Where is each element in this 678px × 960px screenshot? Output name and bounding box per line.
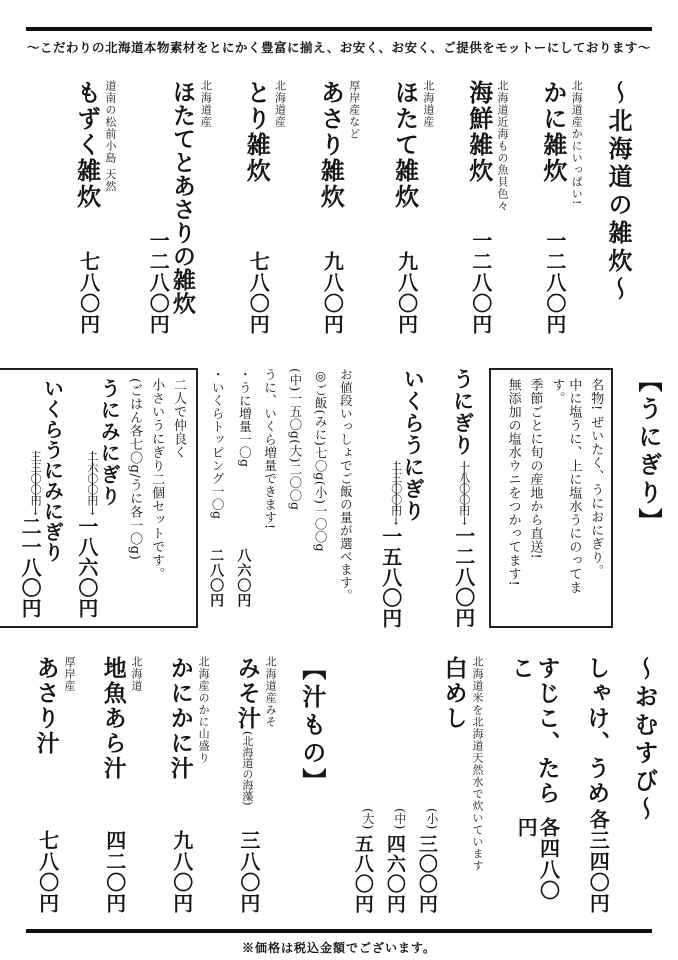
item-note: 北海道産 bbox=[198, 80, 212, 335]
item-note: 北海道近海もの魚貝色々 bbox=[495, 80, 509, 335]
section-omusubi-shirumono: 〜おむすび〜 しゃけ、うめ 各三四〇円 すじこ、たらこ 各四八〇円 北海道米を北… bbox=[9, 656, 658, 914]
item-name: 海鮮雑炊 bbox=[465, 80, 492, 184]
item-price: 七八〇円 bbox=[33, 830, 59, 914]
menu-item-unigiri: うにぎり 一八〇〇円→一二八〇円 bbox=[451, 368, 475, 628]
menu-item-kaisen-zosui: 北海道近海もの魚貝色々 海鮮雑炊 一二八〇円 bbox=[465, 80, 509, 335]
unigiri-title: 【うにぎり】 bbox=[633, 368, 662, 628]
size-price: 五八〇円 bbox=[350, 834, 377, 914]
item-price: 一二八〇円 bbox=[465, 230, 492, 335]
item-name: かにかに汁 bbox=[167, 656, 193, 781]
set-menu-box: 二人で仲良く 小さいうにぎり二個セットです。 (ごはん各七〇g/うに各一〇g) … bbox=[0, 368, 198, 628]
item-name: うにぎり bbox=[451, 368, 475, 456]
menu-page: { "banner": "〜こだわりの北海道本物素材をとにかく豊富に揃え、お安く… bbox=[0, 0, 678, 960]
unigiri-description-line: 中に塩うに、上に塩水うにのってます。 bbox=[548, 378, 582, 618]
menu-item-kanikani-jiru: 北海産のかに山盛り かにかに汁 九八〇円 bbox=[167, 656, 210, 914]
size-label: (大) bbox=[350, 808, 377, 829]
menu-item-asari-jiru: 厚岸産 あさり汁 七八〇円 bbox=[33, 656, 76, 914]
item-note: 北海道 bbox=[129, 656, 143, 914]
unigiri-description-box: 名物! ぜいたく、うにおにぎり。 中に塩うに、上に塩水うにのってます。 季節ごと… bbox=[489, 368, 613, 628]
item-name: 白めし bbox=[441, 656, 467, 731]
size-price: 三〇〇円 bbox=[414, 834, 441, 914]
item-price: 一二八〇円 bbox=[147, 230, 169, 335]
item-note: 北海道米を北海道天然水で炊いています bbox=[470, 656, 484, 914]
omusubi-title: 〜おむすび〜 bbox=[629, 656, 658, 914]
item-price: 一五八〇円 bbox=[379, 526, 401, 629]
item-name: うにみにぎり bbox=[98, 378, 120, 618]
footer-tax-note: ※価格は税込金額でございます。 bbox=[0, 939, 678, 956]
item-price: 一二八〇円 bbox=[539, 230, 566, 335]
addon-price: 八六〇円 bbox=[234, 548, 252, 628]
item-name: しゃけ、うめ bbox=[583, 656, 609, 806]
size-label: (中) bbox=[382, 808, 409, 829]
menu-item-jizakana-arajiru: 北海道 地魚あら汁 四二〇円 bbox=[100, 656, 143, 914]
item-note: 厚岸産など bbox=[346, 80, 360, 335]
unigiri-note: うに、いくら増量できます! bbox=[261, 368, 277, 628]
addon-uni-zoryo: ・うに増量一〇g 八六〇円 bbox=[234, 368, 252, 628]
menu-item-uni-minigiri: うにみにぎり 二六〇〇円→一八六〇円 bbox=[76, 378, 121, 618]
item-price: 一二八〇円 bbox=[452, 526, 476, 629]
unigiri-note: ◎ご飯(みに)七〇g(小)一〇〇g bbox=[312, 368, 328, 628]
item-subnote: (北海道の海藻) bbox=[241, 731, 254, 806]
item-name: ほたてとあさりの雑炊 bbox=[169, 80, 195, 335]
addon-ikura-topping: ・いくらトッピング一〇g 二八〇円 bbox=[207, 368, 225, 628]
shiromeshi-size-medium: (中) 四六〇円 bbox=[382, 656, 409, 914]
menu-item-shake-ume: しゃけ、うめ 各三四〇円 bbox=[583, 656, 609, 914]
item-old-price: 一八〇〇円 bbox=[458, 461, 471, 516]
unigiri-description-line: 無添加の塩水ウニをつかってます! bbox=[504, 378, 521, 618]
shirumono-title: 【汁もの】 bbox=[297, 656, 326, 914]
menu-item-mozuku-zosui: 道南の松前小島 天然 もずく雑炊 七八〇円 bbox=[73, 80, 117, 335]
set-description-line: 小さいうにぎり二個セットです。 bbox=[147, 378, 164, 618]
item-name: ほたて雑炊 bbox=[391, 80, 418, 210]
item-price: 各三四〇円 bbox=[583, 809, 609, 914]
item-name: もずく雑炊 bbox=[73, 80, 100, 210]
item-old-price: 二六〇〇円 bbox=[76, 451, 98, 506]
item-price: 各四八〇円 bbox=[508, 817, 560, 914]
item-note: 北海産のかに山盛り bbox=[196, 656, 210, 914]
banner-text: 〜こだわりの北海道本物素材をとにかく豊富に揃え、お安く、お安く、ご提供をモットー… bbox=[0, 38, 678, 56]
section-unigiri: 【うにぎり】 名物! ぜいたく、うにおにぎり。 中に塩うに、上に塩水うにのってま… bbox=[0, 368, 662, 628]
menu-item-asari-zosui: 厚岸産など あさり雑炊 九八〇円 bbox=[317, 80, 361, 335]
menu-item-ikura-uni-minigiri: いくらうにみにぎり 三三〇〇円→二一八〇円 bbox=[19, 378, 64, 618]
menu-item-tori-zosui: 北海道産 とり雑炊 七八〇円 bbox=[242, 80, 286, 335]
item-price: 四二〇円 bbox=[100, 830, 126, 914]
menu-item-hotate-asari-zosui: 北海道産 ほたてとあさりの雑炊 一二八〇円 bbox=[147, 80, 212, 335]
shiromeshi-size-small: (小) 三〇〇円 bbox=[414, 656, 441, 914]
item-price: 九八〇円 bbox=[317, 251, 344, 335]
item-old-price: 二三〇〇円 bbox=[379, 461, 401, 516]
set-description-line: 二人で仲良く bbox=[169, 378, 186, 618]
unigiri-description-line: 季節ごとに旬の産地から直送! bbox=[526, 378, 543, 618]
top-rule bbox=[26, 27, 652, 31]
shiromeshi-size-large: (大) 五八〇円 bbox=[350, 656, 377, 914]
item-price: 九八〇円 bbox=[167, 830, 193, 914]
addon-label: ・うに増量一〇g bbox=[234, 368, 252, 468]
item-old-price: 三三〇〇円 bbox=[19, 451, 41, 506]
item-name: すじこ、たらこ bbox=[508, 656, 560, 817]
item-price: 一八六〇円 bbox=[76, 516, 98, 619]
unigiri-description-line: 名物! ぜいたく、うにおにぎり。 bbox=[586, 378, 603, 618]
unigiri-note: (中)一五〇g(大)二〇〇g bbox=[287, 368, 303, 628]
unigiri-note: お値段いっしょでご飯の量が選べます。 bbox=[337, 368, 353, 628]
menu-item-ikura-unigiri: いくらうにぎり 二三〇〇円→一五八〇円 bbox=[379, 368, 425, 628]
menu-item-misoshiru: 北海道産みそ みそ汁(北海道の海藻) 三八〇円 bbox=[234, 656, 277, 914]
price-arrow: → bbox=[458, 516, 471, 525]
price-arrow: → bbox=[19, 506, 41, 515]
item-price: 九八〇円 bbox=[391, 251, 418, 335]
item-note: 厚岸産 bbox=[62, 656, 76, 914]
item-price: 七八〇円 bbox=[73, 251, 100, 335]
section-zosui: 〜北海道の雑炊〜 北海道産かにいっぱい! かに雑炊 一二八〇円 北海道近海もの魚… bbox=[43, 80, 632, 335]
item-name: あさり雑炊 bbox=[317, 80, 344, 210]
item-note: 北海道産 bbox=[421, 80, 435, 335]
item-note: 北海道産 bbox=[272, 80, 286, 335]
item-price: 三八〇円 bbox=[234, 830, 260, 914]
item-note: 北海道産かにいっぱい! bbox=[569, 80, 583, 335]
item-name: みそ汁(北海道の海藻) bbox=[234, 656, 260, 806]
item-note: 道南の松前小島 天然 bbox=[103, 80, 117, 335]
size-price: 四六〇円 bbox=[382, 834, 409, 914]
set-description-line: (ごはん各七〇g/うに各一〇g) bbox=[125, 378, 142, 618]
item-note: 北海道産みそ bbox=[263, 656, 277, 914]
bottom-rule bbox=[26, 929, 652, 933]
zosui-title: 〜北海道の雑炊〜 bbox=[603, 80, 632, 335]
item-name: あさり汁 bbox=[33, 656, 59, 756]
item-name: いくらうにみにぎり bbox=[41, 378, 63, 618]
price-arrow: → bbox=[379, 516, 401, 525]
item-name: 地魚あら汁 bbox=[100, 656, 126, 781]
item-price: 二一八〇円 bbox=[19, 516, 41, 619]
size-label: (小) bbox=[414, 808, 441, 829]
menu-item-shiromeshi: 北海道米を北海道天然水で炊いています 白めし (小) 三〇〇円 (中) 四六〇円… bbox=[350, 656, 484, 914]
price-arrow: → bbox=[76, 506, 98, 515]
addon-label: ・いくらトッピング一〇g bbox=[207, 368, 225, 520]
item-name: とり雑炊 bbox=[242, 80, 269, 184]
menu-item-sujiko-tarako: すじこ、たらこ 各四八〇円 bbox=[508, 656, 560, 914]
item-name: いくらうにぎり bbox=[402, 368, 426, 628]
menu-item-hotate-zosui: 北海道産 ほたて雑炊 九八〇円 bbox=[391, 80, 435, 335]
item-price: 七八〇円 bbox=[242, 251, 269, 335]
menu-item-kani-zosui: 北海道産かにいっぱい! かに雑炊 一二八〇円 bbox=[539, 80, 583, 335]
addon-price: 二八〇円 bbox=[207, 548, 225, 628]
item-name: かに雑炊 bbox=[539, 80, 566, 184]
